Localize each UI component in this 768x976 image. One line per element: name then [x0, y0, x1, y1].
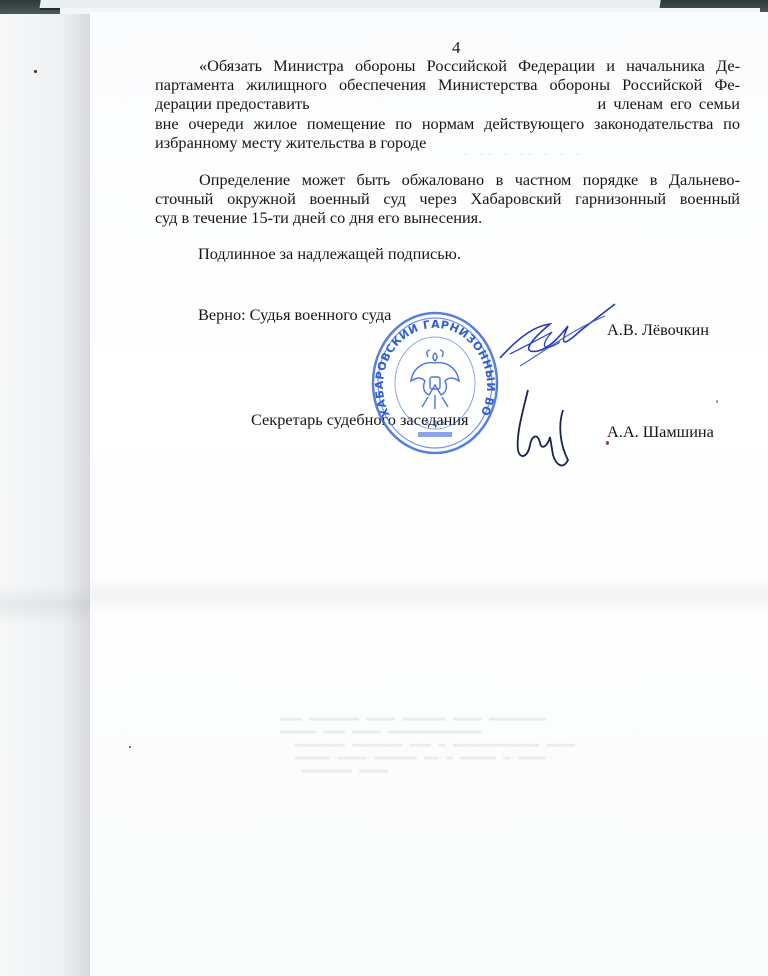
certification-text: Подлинное за надлежащей подписью. — [198, 244, 461, 264]
text-line: «Обязать Министра обороны Российской Фед… — [155, 56, 740, 75]
paragraph-appeal: Определение может быть обжаловано в част… — [155, 170, 740, 228]
document-page — [90, 12, 768, 976]
fold-crease — [90, 575, 768, 615]
text-line: сточный окружной военный суд через Хабар… — [155, 189, 740, 208]
folded-page-flap — [0, 14, 92, 976]
text-fragment: и членам его семьи — [598, 94, 740, 113]
secretary-signature — [508, 385, 578, 475]
text-line: партамента жилищного обеспечения Министе… — [155, 75, 740, 94]
page-number: 4 — [452, 38, 461, 58]
judge-name: А.В. Лёвочкин — [607, 320, 709, 340]
secretary-name: А.А. Шамшина — [607, 422, 714, 442]
stamp-number: * 4 * — [425, 420, 446, 430]
reverse-side-bleed-through: ▬▬▬ ▬▬▬▬▬▬▬ ▬▬▬▬ ▬▬▬▬▬▬ ▬▬▬▬ ▬▬▬▬▬▬▬▬ ▬▬… — [280, 712, 750, 777]
judge-label: Верно: Судья военного суда — [198, 305, 391, 325]
redaction-residue: . .. . .. . . . — [465, 148, 585, 157]
text-line-redacted: дерации предоставить и членам его семьи — [155, 94, 740, 113]
eagle-emblem-icon — [411, 350, 459, 409]
judge-signature — [490, 296, 620, 376]
paragraph-order: «Обязать Министра обороны Российской Фед… — [155, 56, 740, 152]
text-line: Определение может быть обжаловано в част… — [155, 170, 740, 189]
text-fragment: дерации предоставить — [155, 94, 310, 113]
text-line: избранному месту жительства в городе — [155, 133, 740, 152]
scan-speck — [129, 746, 131, 748]
scan-speck — [716, 400, 718, 403]
fold-crease — [0, 585, 90, 625]
scan-speck — [34, 70, 37, 73]
svg-text:ХАБАРОВСКИЙ ГАРНИЗОННЫЙ ВОЕННЫ: ХАБАРОВСКИЙ ГАРНИЗОННЫЙ ВОЕННЫЙ СУД — [370, 305, 497, 419]
text-line: вне очереди жилое помещение по нормам де… — [155, 114, 740, 133]
text-line: суд в течение 15-ти дней со дня его выне… — [155, 208, 740, 227]
scan-speck — [606, 441, 609, 445]
court-seal-stamp: ХАБАРОВСКИЙ ГАРНИЗОННЫЙ ВОЕННЫЙ СУД * 4 … — [370, 305, 500, 455]
